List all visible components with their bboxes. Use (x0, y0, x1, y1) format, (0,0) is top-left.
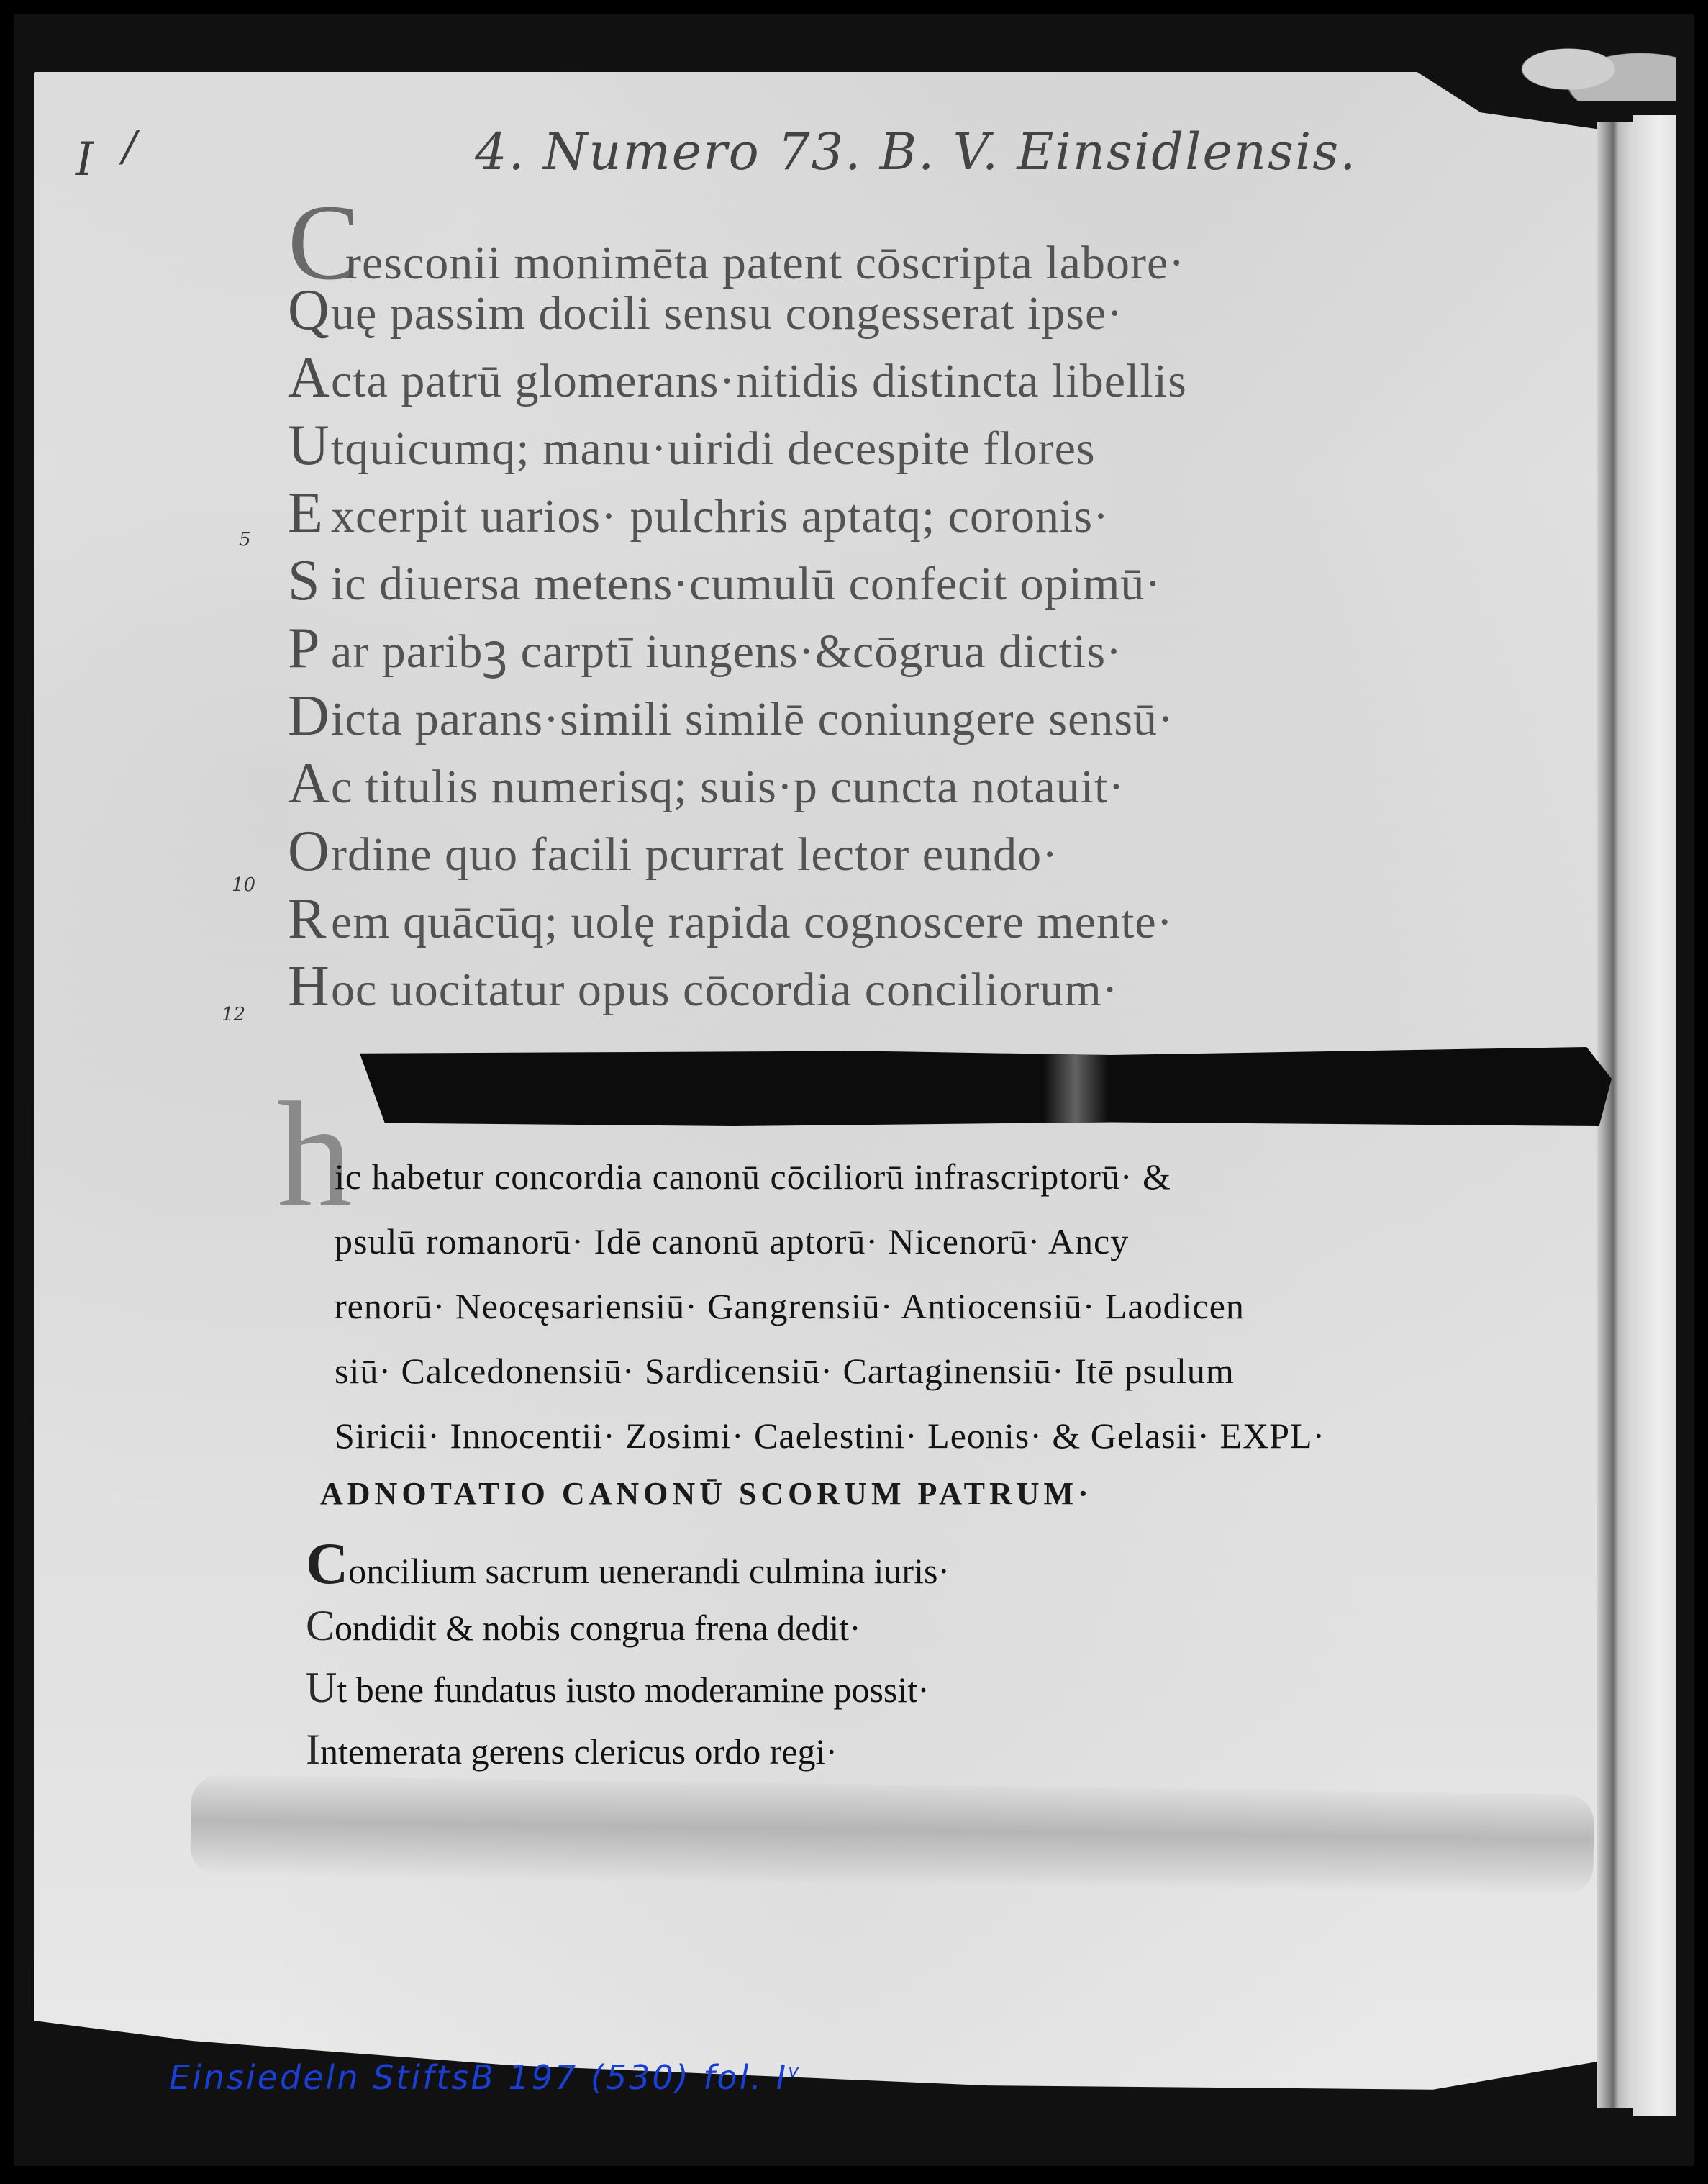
verse-line: Excerpit uarios· pulchris aptatq; coroni… (288, 479, 1612, 547)
verse-initial: C (288, 209, 345, 276)
verse-line: Ac titulis numerisq; suis·p cuncta notau… (288, 750, 1612, 817)
verse-initial: U (288, 412, 331, 479)
line-number-10: 10 (232, 874, 255, 896)
incipit-text: ic habetur concordia canonū cōciliorū in… (335, 1144, 1558, 1468)
provenance-note: 4. Numero 73. B. V. Einsidlensis. (475, 122, 1357, 181)
verse-initial: S (288, 547, 331, 615)
incipit-line: renorū· Neocęsariensiū· Gangrensiū· Anti… (335, 1274, 1558, 1338)
verse-line: Quę passim docili sensu congesserat ipse… (288, 276, 1612, 344)
poem-initial: C (306, 1531, 348, 1596)
poem-line: Condidit & nobis congrua frena dedit· (306, 1595, 950, 1657)
verse-line: Cresconii monimēta patent cōscripta labo… (288, 209, 1612, 276)
verse-initial: Q (288, 276, 331, 344)
archive-caption: Einsiedeln StiftsB 197 (530) fol. Iv (169, 2058, 801, 2097)
verse-initial: A (288, 344, 331, 412)
incipit-line: psulū romanorū· Idē canonū aptorū· Nicen… (335, 1209, 1558, 1274)
verse-initial: H (288, 953, 331, 1020)
section-title: ADNOTATIO CANONŪ SCORUM PATRUM· (320, 1475, 1093, 1512)
verse-initial: R (288, 885, 331, 953)
verse-line: Dicta parans·simili similē coniungere se… (288, 682, 1612, 750)
incipit-line: ic habetur concordia canonū cōciliorū in… (335, 1144, 1558, 1209)
poem-text: Concilium sacrum uenerandi culmina iuris… (306, 1533, 950, 1780)
line-number-12: 12 (222, 1004, 245, 1025)
verse-initial: A (288, 750, 331, 817)
binding-edge (1633, 115, 1676, 2116)
verse-line: Utquicumq; manu·uiridi decespite flores (288, 412, 1612, 479)
torn-corner (1496, 22, 1676, 101)
poem-initial: I (306, 1726, 320, 1773)
poem-line: Ut bene fundatus iusto moderamine possit… (306, 1657, 950, 1718)
poem-initial: U (306, 1664, 337, 1711)
poem-initial: C (306, 1602, 335, 1649)
line-number-5: 5 (239, 529, 251, 550)
verse-initial: E (288, 479, 331, 547)
verse-line: Ordine quo facili pcurrat lector eundo· (288, 817, 1612, 885)
verse-line: Hoc uocitatur opus cōcordia conciliorum· (288, 953, 1612, 1020)
verse-line: Acta patrū glomerans·nitidis distincta l… (288, 344, 1612, 412)
incipit-line: siū· Calcedonensiū· Sardicensiū· Cartagi… (335, 1338, 1558, 1403)
poem-line: Concilium sacrum uenerandi culmina iuris… (306, 1533, 950, 1595)
verse-line: Rem quācūq; uolę rapida cognoscere mente… (288, 885, 1612, 953)
poem-line: Intemerata gerens clericus ordo regi· (306, 1718, 950, 1780)
blacked-out-rubric (360, 1047, 1612, 1126)
verse-initial: O (288, 817, 331, 885)
acrostic-verses: Cresconii monimēta patent cōscripta labo… (288, 209, 1612, 1020)
verse-line: Sic diuersa metens·cumulū confecit opimū… (288, 547, 1612, 615)
incipit-line: Siricii· Innocentii· Zosimi· Caelestini·… (335, 1403, 1558, 1468)
verse-initial: P (288, 615, 331, 682)
verse-initial: D (288, 682, 331, 750)
erased-text-area (190, 1775, 1594, 1895)
folio-mark: I/ (76, 133, 137, 186)
verse-line: Par paribꝫ carptī iungens·&cōgrua dictis… (288, 615, 1612, 682)
